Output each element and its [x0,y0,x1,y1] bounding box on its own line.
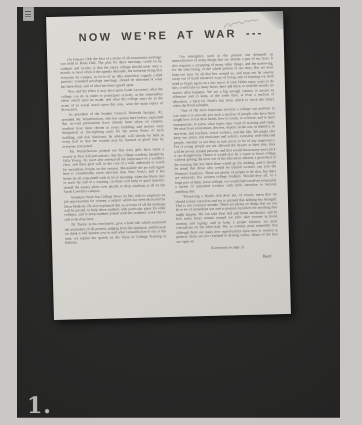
paragraph: “An emergency such as the present one de… [172,52,275,108]
paragraph: Volunteer Work has College News on file,… [64,193,166,222]
corner-sticker [23,7,34,21]
paragraph: “Preserving a Noah's Ark does not, of co… [175,192,278,244]
column-left: On January 19th, the first of a series o… [60,55,168,304]
paragraph: On January 19th, the first of a series o… [60,55,162,89]
photo-album-page: { "page": { "album_page_number": "1." },… [0,0,362,425]
paragraph: As president of the Student Council, Deb… [62,111,164,149]
author-signature: Buck [177,255,279,262]
column-right: “An emergency such as the present one de… [172,52,280,301]
continued-note: (Continued on page 2) [177,244,279,251]
paragraph: Dr. Taylor, in his conclusion, gave a br… [64,220,166,245]
paragraph: “One of the most important services a co… [173,107,277,194]
document-page: NOW WE'RE AT WAR --- On January 19th, th… [46,11,291,320]
page-title: NOW WE'RE AT WAR --- [64,27,277,45]
album-page-number: 1. [27,393,52,419]
article-body: On January 19th, the first of a series o… [60,52,279,303]
paragraph: War, and the effect it may have upon Sar… [61,87,163,112]
paragraph: Mr. Winterbottom pointed out that sixty … [63,147,166,194]
